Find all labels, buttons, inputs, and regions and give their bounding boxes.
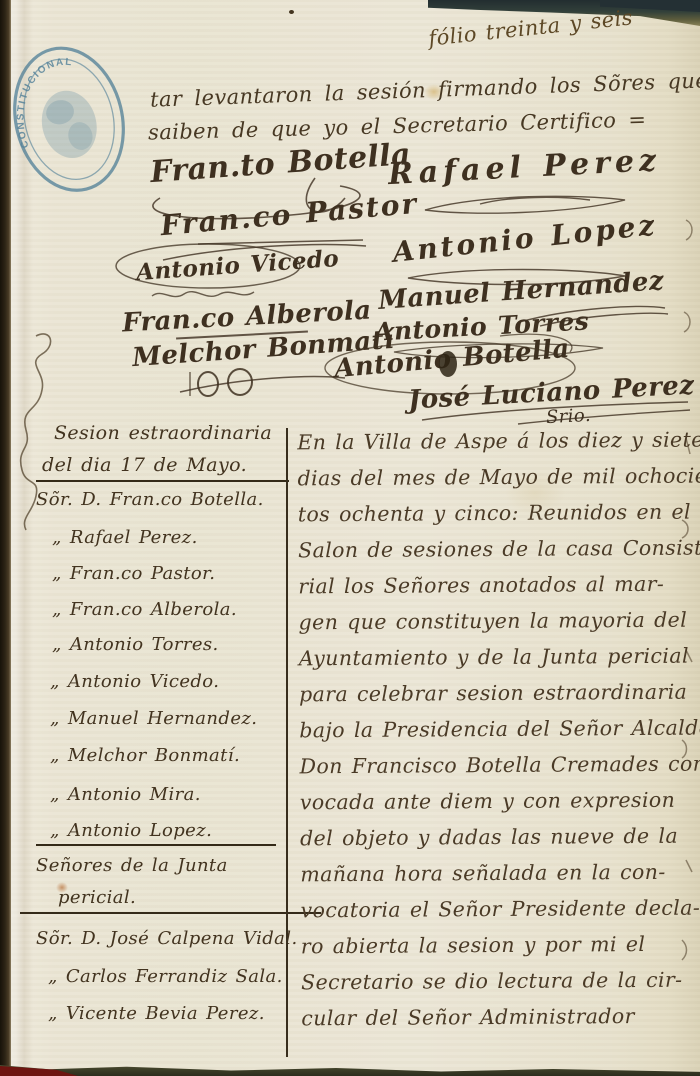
body-line: mañana hora señalada en la con- — [300, 860, 700, 887]
body-line: Ayuntamiento y de la Junta pericial — [299, 644, 699, 671]
body-line: dias del mes de Mayo de mil ochocien — [297, 464, 697, 491]
body-line: Don Francisco Botella Cremades con- — [300, 752, 700, 779]
body-line: vocatoria el Señor Presidente decla- — [301, 896, 700, 923]
body-line: Salon de sesiones de la casa Consisto- — [298, 536, 698, 563]
body-line: En la Villa de Aspe á los diez y siete — [297, 428, 697, 455]
body-text-block: En la Villa de Aspe á los diez y siete d… — [0, 0, 700, 1076]
body-line: cular del Señor Administrador — [301, 1004, 700, 1031]
body-line: del objeto y dadas las nueve de la — [300, 824, 700, 851]
body-line: Secretario se dio lectura de la cir- — [301, 968, 700, 995]
body-line: bajo la Presidencia del Señor Alcalde — [299, 716, 699, 743]
body-line: gen que constituyen la mayoria del — [299, 608, 699, 635]
body-line: para celebrar sesion estraordinaria — [299, 680, 699, 707]
body-line: tos ochenta y cinco: Reunidos en el — [298, 500, 698, 527]
manuscript-page: CONSTITUCIONAL fólio treinta y seis tar … — [0, 0, 700, 1076]
body-line: rial los Señores anotados al mar- — [298, 572, 698, 599]
body-line: ro abierta la sesion y por mi el — [301, 932, 700, 959]
body-line: vocada ante diem y con expresion — [300, 788, 700, 815]
